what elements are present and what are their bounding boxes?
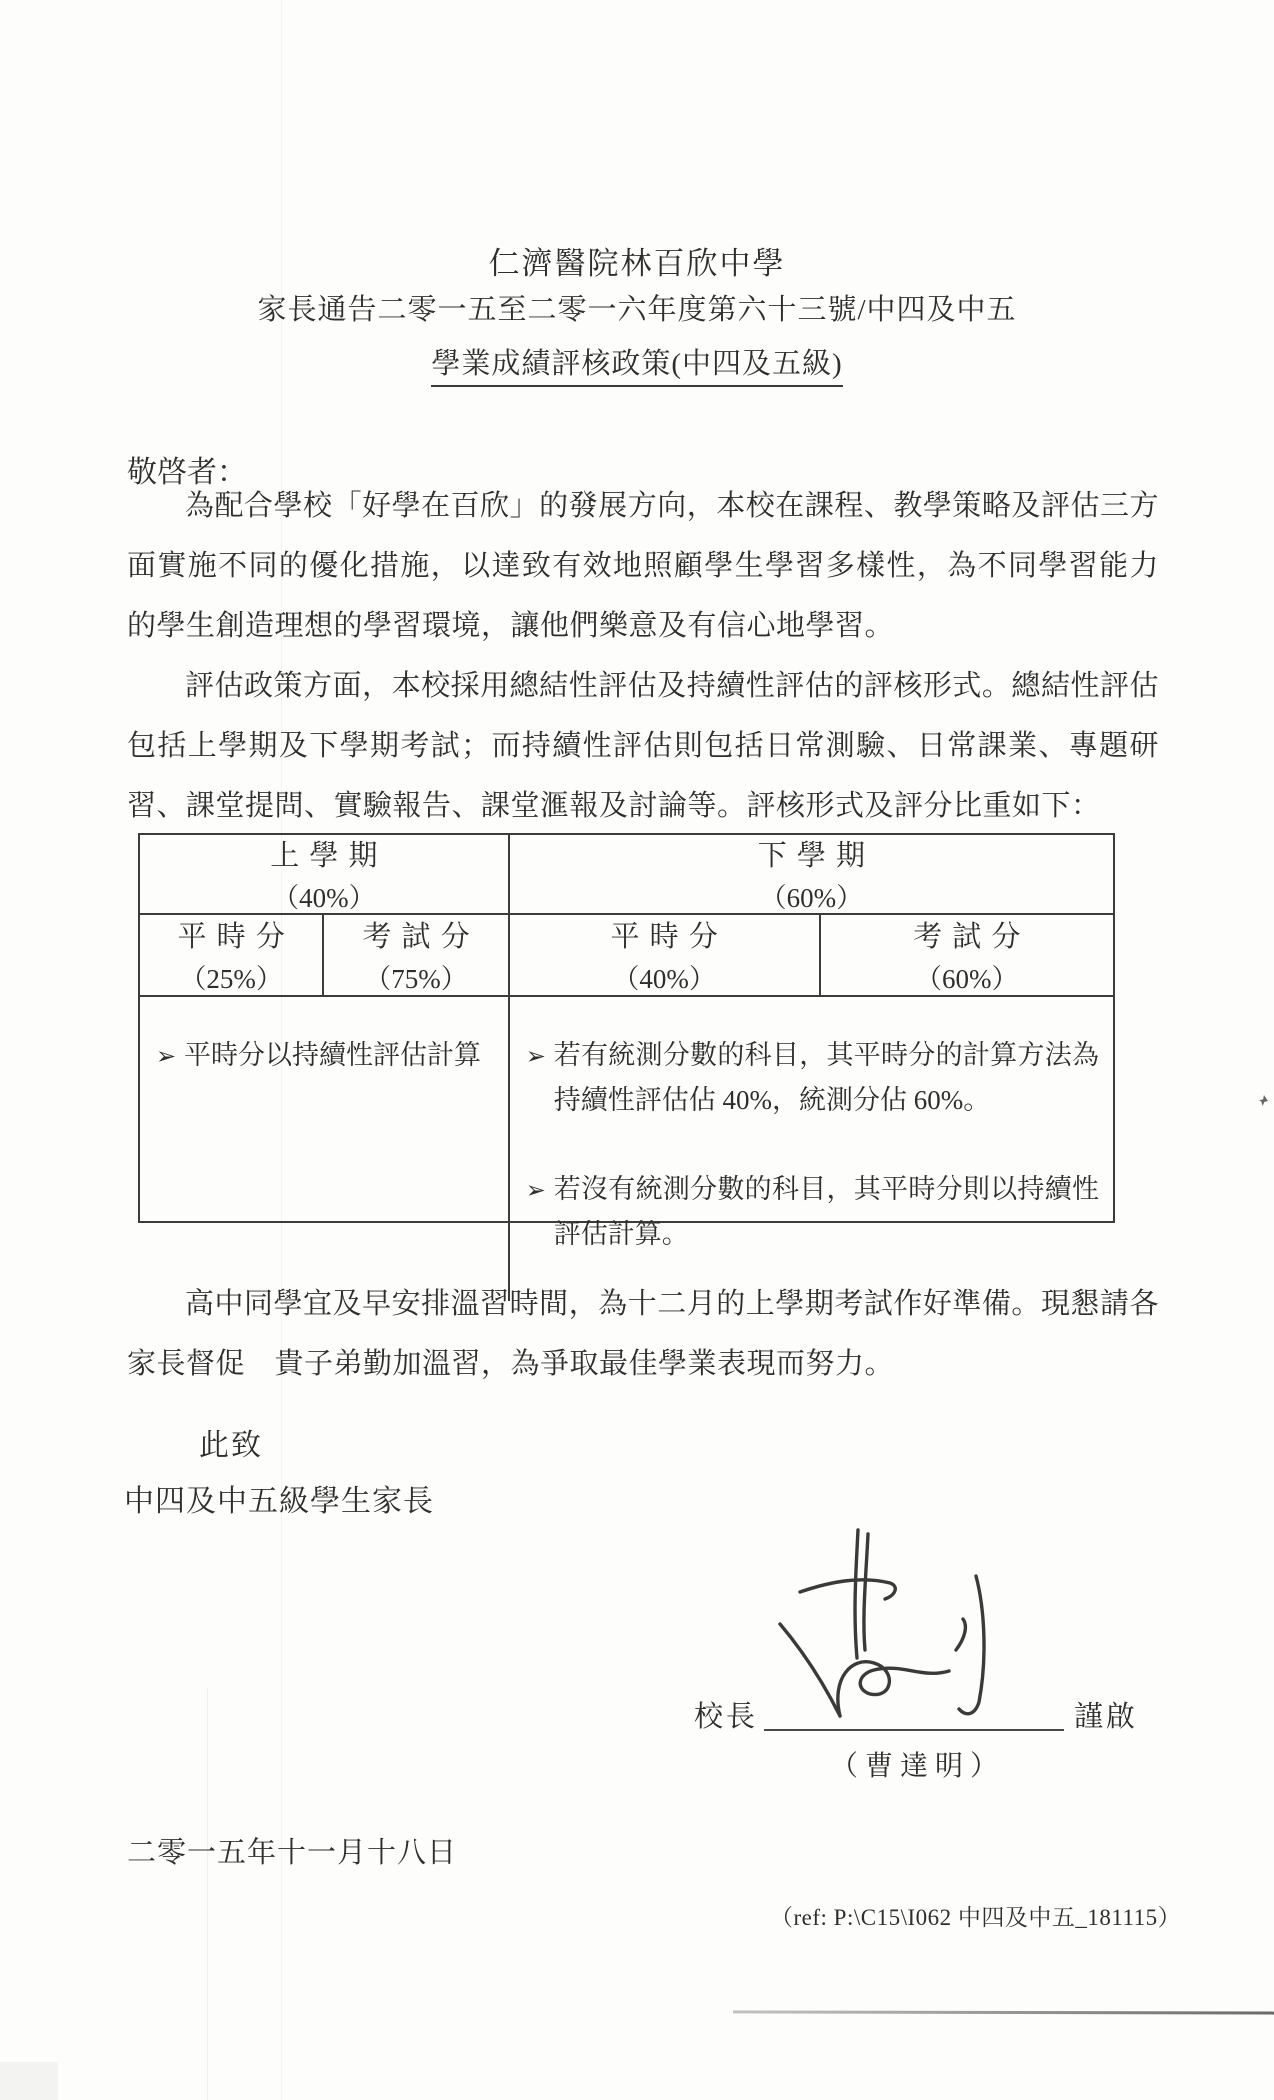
respect-closing: 謹啟 — [1074, 1694, 1138, 1735]
letter-subject: 學業成績評核政策(中四及五級) — [0, 341, 1274, 382]
notes-term1-cell: ➢ 平時分以持續性評估計算 — [140, 997, 510, 1301]
component-weight: （40%） — [612, 957, 716, 996]
note-item: ➢ 若有統測分數的科目，其平時分的計算方法為持續性評估佔 40%，統測分佔 60… — [526, 1033, 1099, 1123]
principal-name: （ 曹 達 明 ） — [764, 1744, 1064, 1784]
scan-smudge — [0, 2062, 58, 2100]
term-2-name: 下學期 — [748, 833, 876, 874]
component-name: 考試分 — [903, 914, 1031, 955]
component-name: 平時分 — [167, 914, 295, 955]
scan-fold-line — [207, 1688, 208, 2100]
component-name: 考試分 — [352, 914, 480, 955]
component-weight: （75%） — [364, 957, 468, 996]
school-name: 仁濟醫院林百欣中學 — [0, 238, 1274, 283]
component-weight: （60%） — [915, 957, 1019, 996]
closing-phrase: 此致 — [199, 1420, 263, 1464]
scan-edge-line — [733, 2010, 1274, 2014]
note-item: ➢ 若沒有統測分數的科目，其平時分則以持續性評估計算。 — [526, 1167, 1099, 1257]
component-exam-term1: 考試分 （75%） — [324, 915, 509, 997]
term-1-name: 上學期 — [260, 833, 388, 874]
component-coursework-term1: 平時分 （25%） — [140, 915, 324, 997]
table-header-term-1: 上學期 （40%） — [140, 835, 510, 915]
component-coursework-term2: 平時分 （40%） — [510, 915, 821, 997]
table-header-term-2: 下學期 （60%） — [510, 835, 1113, 915]
arrow-bullet-icon: ➢ — [526, 1033, 554, 1123]
file-reference: （ref: P:\C15\I062 中四及中五_181115） — [770, 1899, 1181, 1932]
arrow-bullet-icon: ➢ — [526, 1167, 554, 1257]
recipient-line: 中四及中五級學生家長 — [124, 1476, 434, 1520]
note-text: 若沒有統測分數的科目，其平時分則以持續性評估計算。 — [554, 1167, 1099, 1257]
scan-fold-line — [281, 0, 282, 2100]
letter-subject-text: 學業成績評核政策(中四及五級) — [431, 348, 842, 387]
term-1-weight: （40%） — [272, 876, 376, 915]
note-text: 若有統測分數的科目，其平時分的計算方法為持續性評估佔 40%，統測分佔 60%。 — [554, 1033, 1099, 1123]
arrow-bullet-icon: ➢ — [156, 1033, 184, 1080]
signature-line — [764, 1729, 1064, 1731]
assessment-weighting-table: 上學期 （40%） 下學期 （60%） 平時分 （25%） 考試分 （75%） … — [138, 833, 1115, 1223]
note-text: 平時分以持續性評估計算 — [184, 1033, 494, 1080]
component-exam-term2: 考試分 （60%） — [821, 915, 1113, 997]
scanned-letter-page: 仁濟醫院林百欣中學 家長通告二零一五至二零一六年度第六十三號/中四及中五 學業成… — [0, 0, 1274, 2100]
term-2-weight: （60%） — [760, 876, 864, 915]
principal-signature-ink — [762, 1524, 1002, 1732]
principal-label: 校長 — [694, 1694, 758, 1735]
letter-date: 二零一五年十一月十八日 — [127, 1830, 457, 1871]
component-name: 平時分 — [600, 914, 728, 955]
notice-number-line: 家長通告二零一五至二零一六年度第六十三號/中四及中五 — [0, 287, 1274, 328]
ink-speck-artifact — [1259, 1095, 1268, 1106]
note-item: ➢ 平時分以持續性評估計算 — [156, 1033, 494, 1080]
component-weight: （25%） — [179, 957, 283, 996]
notes-term2-cell: ➢ 若有統測分數的科目，其平時分的計算方法為持續性評估佔 40%，統測分佔 60… — [510, 997, 1113, 1301]
